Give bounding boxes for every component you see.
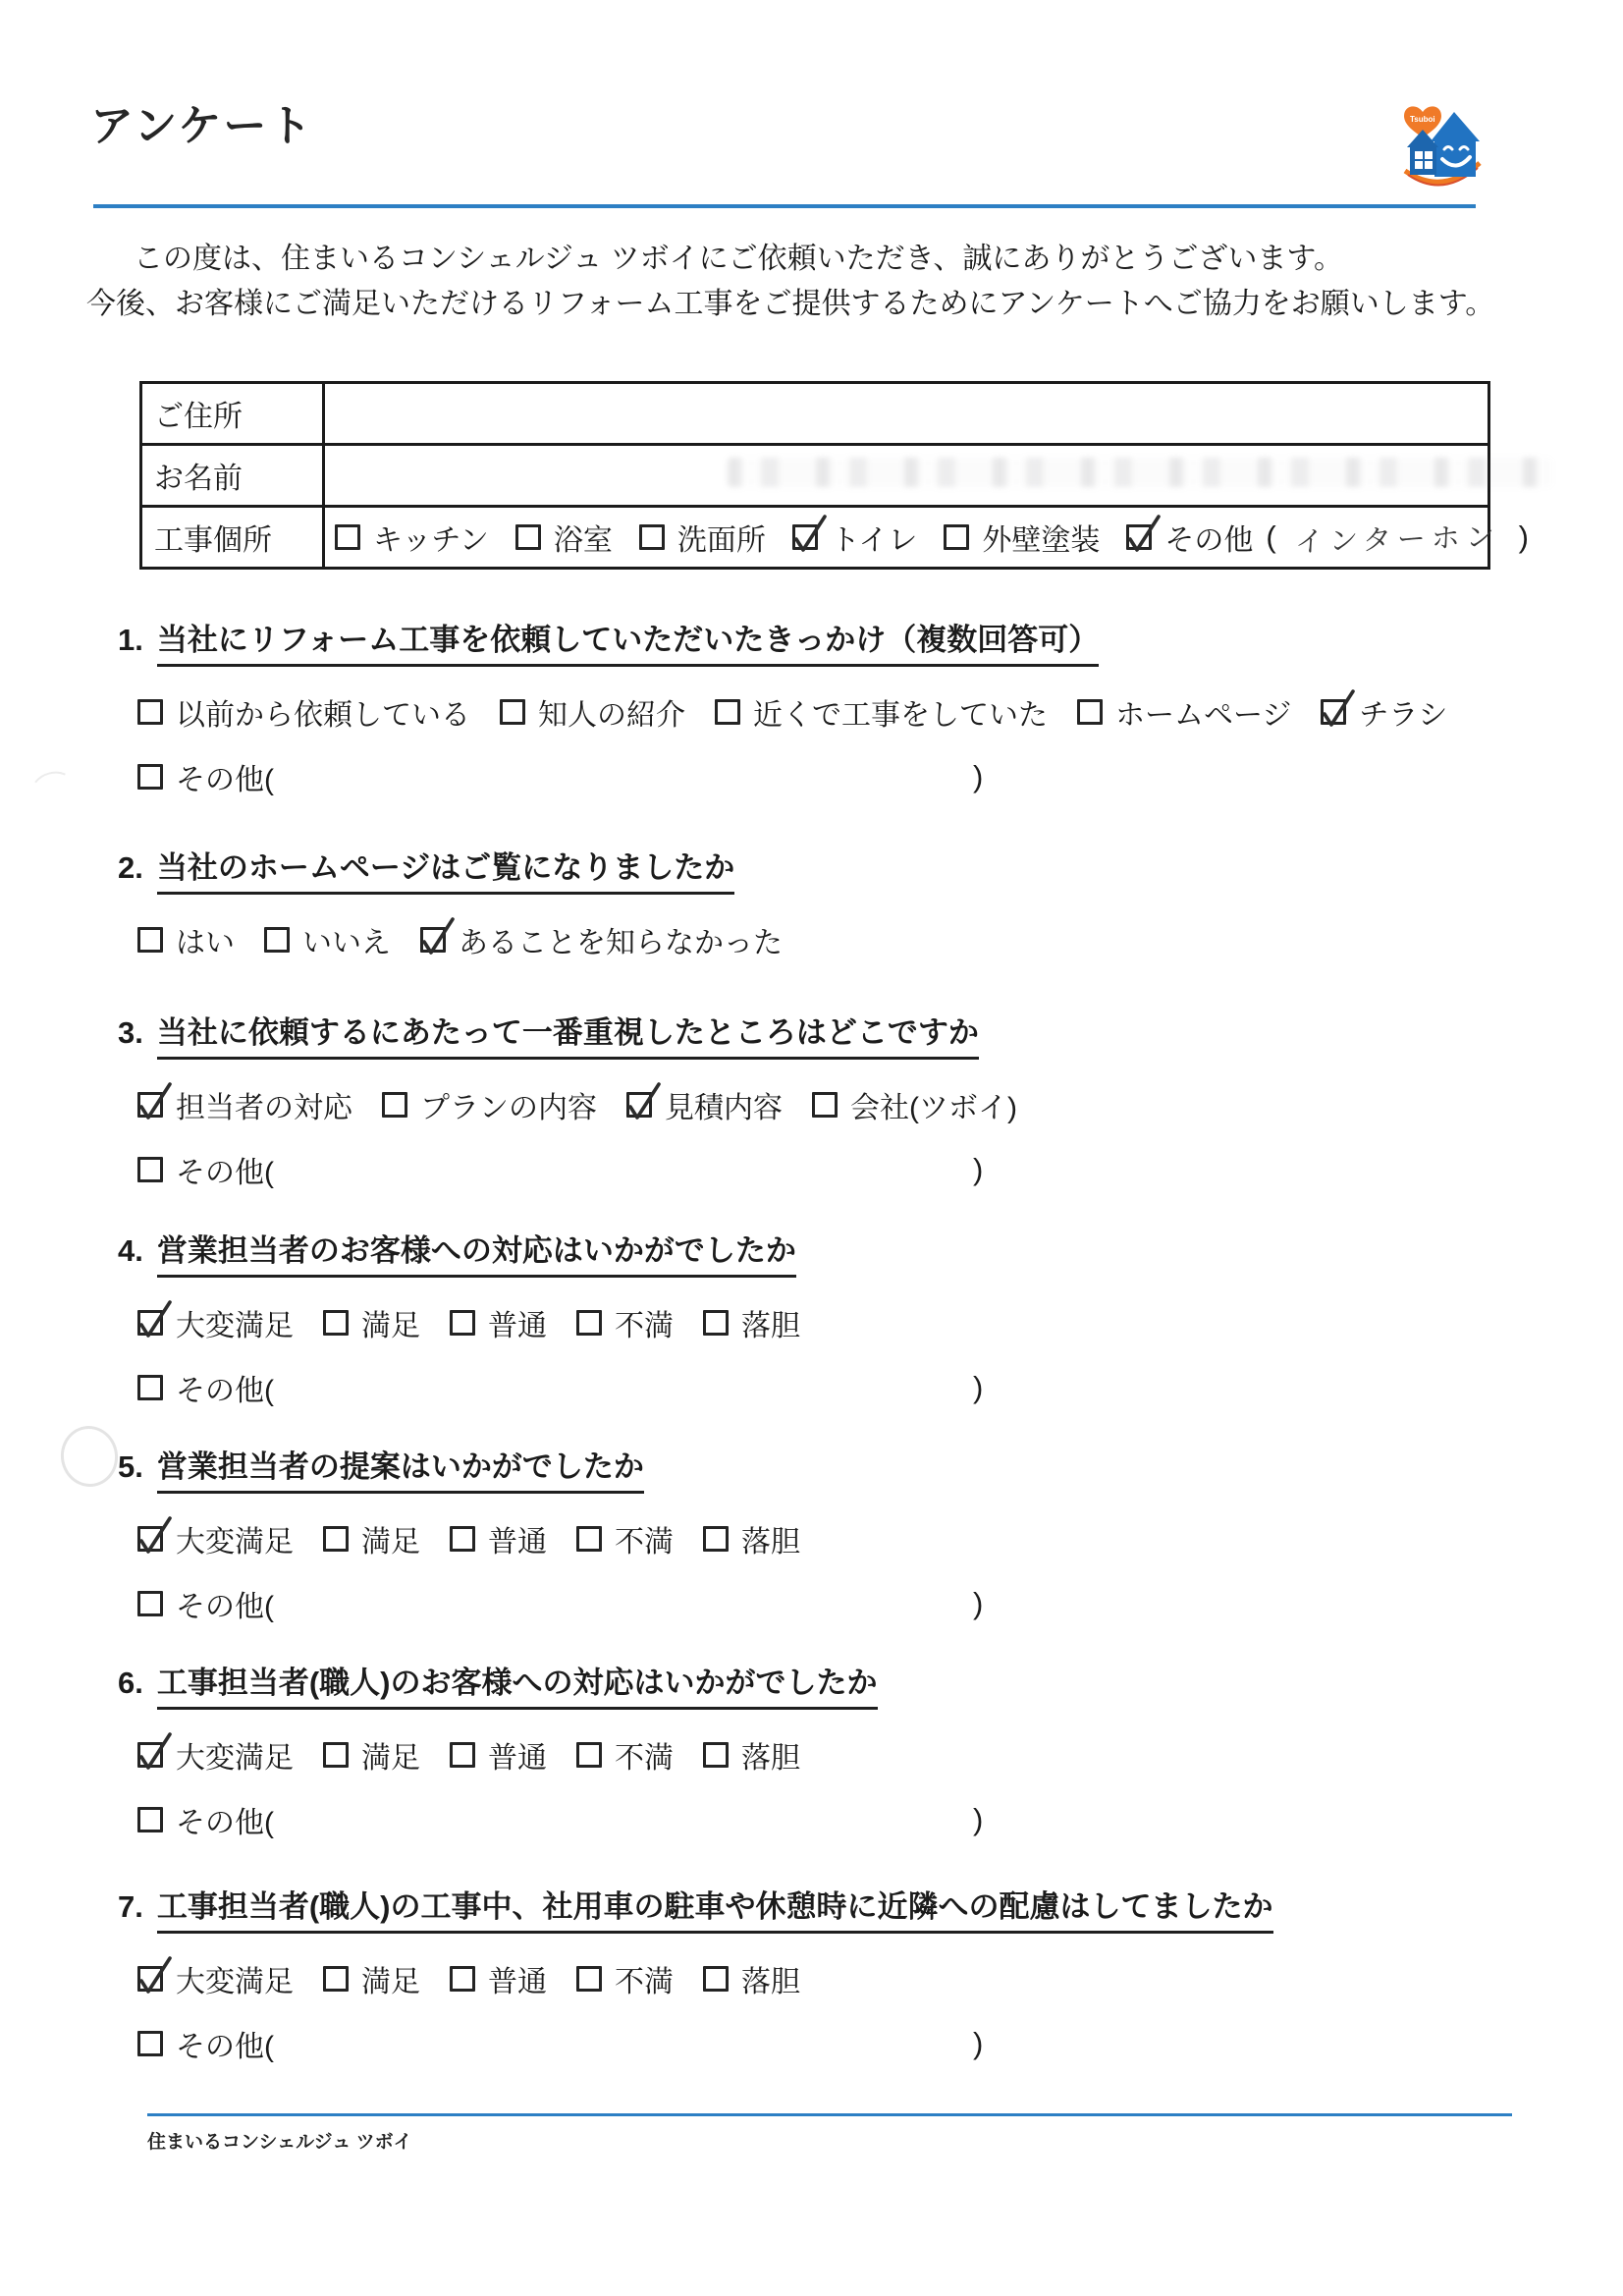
checkbox[interactable] <box>639 524 665 550</box>
question-number: 6. <box>118 1666 143 1701</box>
checkbox[interactable] <box>137 2031 163 2056</box>
work-option-label: 洗面所 <box>677 516 766 559</box>
company-logo smile-house-icon: Tsuboi <box>1401 98 1484 194</box>
other-option-row: その他() <box>137 1798 1532 1841</box>
svg-text:Tsuboi: Tsuboi <box>1410 115 1435 124</box>
intro-text-line1: この度は、住まいるコンシェルジュ ツボイにご依頼いただき、誠にありがとうございま… <box>134 234 1343 277</box>
question-block: 2.当社のホームページはご覧になりましたかはいいいえあることを知らなかった <box>118 843 1532 961</box>
answer-options-row: 大変満足満足普通不満落胆 <box>137 1301 1532 1344</box>
checkbox[interactable] <box>137 1157 163 1182</box>
footer-divider <box>147 2113 1512 2116</box>
checkbox[interactable] <box>515 524 541 550</box>
checkbox-checked[interactable] <box>137 1526 163 1552</box>
paren-close: ) <box>973 2026 983 2061</box>
check-mark-icon <box>136 1297 174 1342</box>
work-location-label: 工事個所 <box>141 507 324 569</box>
other-option-row: その他() <box>137 1366 1532 1409</box>
answer-options-row: 大変満足満足普通不満落胆 <box>137 1733 1532 1777</box>
question-number: 2. <box>118 850 143 886</box>
answer-options-row: 以前から依頼している知人の紹介近くで工事をしていたホームページチラシ <box>137 690 1532 734</box>
customer-info-table: ご住所 お名前 工事個所 キッチン浴室洗面所トイレ外壁塗装その他(インターホン) <box>139 381 1490 570</box>
work-option: 外壁塗装 <box>944 516 1100 559</box>
table-row-work-location: 工事個所 キッチン浴室洗面所トイレ外壁塗装その他(インターホン) <box>141 507 1489 569</box>
answer-option: 大変満足 <box>137 1957 294 2000</box>
check-mark-icon <box>1320 686 1357 732</box>
answer-option-label: 落胆 <box>741 1733 800 1777</box>
answer-option: はい <box>137 918 235 961</box>
answer-option-label: 満足 <box>361 1733 420 1777</box>
answer-option: 落胆 <box>703 1733 800 1777</box>
other-option-row: その他() <box>137 2022 1532 2065</box>
question-number: 7. <box>118 1889 143 1925</box>
paren-close: ) <box>973 1370 983 1405</box>
page-title: アンケート <box>90 90 313 153</box>
answer-option: プランの内容 <box>382 1083 597 1126</box>
question-heading: 5.営業担当者の提案はいかがでしたか <box>118 1442 1532 1494</box>
answer-option: 担当者の対応 <box>137 1083 352 1126</box>
other-write-in-space[interactable] <box>274 2027 973 2060</box>
checkbox[interactable] <box>137 927 163 953</box>
answer-option: 不満 <box>576 1957 674 2000</box>
checkbox[interactable] <box>450 1742 475 1768</box>
answer-option: 大変満足 <box>137 1517 294 1560</box>
answer-option: 満足 <box>323 1733 420 1777</box>
check-mark-icon <box>136 1513 174 1558</box>
checkbox-checked[interactable] <box>137 1742 163 1768</box>
answer-option-label: 普通 <box>488 1957 547 2000</box>
work-option-label: トイレ <box>831 516 918 559</box>
answer-option-label: 大変満足 <box>176 1957 294 2000</box>
work-option-label: キッチン <box>373 516 489 559</box>
check-mark-icon <box>136 1079 174 1124</box>
answer-option-label: 落胆 <box>741 1957 800 2000</box>
answer-options-row: 担当者の対応プランの内容見積内容会社(ツボイ) <box>137 1083 1532 1126</box>
work-option: 浴室 <box>515 516 613 559</box>
answer-option-label: 見積内容 <box>665 1083 783 1126</box>
checkbox[interactable] <box>576 1310 602 1336</box>
paren-close: ) <box>973 1586 983 1621</box>
answer-option: 落胆 <box>703 1517 800 1560</box>
answer-option-label: 近くで工事をしていた <box>753 690 1048 734</box>
answer-option-label: 普通 <box>488 1517 547 1560</box>
checkbox[interactable] <box>137 1591 163 1616</box>
answer-option-label: はい <box>176 918 235 961</box>
checkbox[interactable] <box>715 699 740 725</box>
checkbox[interactable] <box>264 927 290 953</box>
answer-options-row: はいいいえあることを知らなかった <box>137 918 1532 961</box>
question-title: 当社のホームページはご覧になりましたか <box>157 843 734 895</box>
question-title: 営業担当者のお客様への対応はいかがでしたか <box>157 1226 796 1278</box>
answer-option-label: 不満 <box>615 1957 674 2000</box>
work-option-label: 浴室 <box>554 516 613 559</box>
name-label: お名前 <box>141 445 324 507</box>
checkbox[interactable] <box>137 1807 163 1832</box>
checkbox[interactable] <box>450 1966 475 1992</box>
answer-option: チラシ <box>1321 690 1447 734</box>
work-option: 洗面所 <box>639 516 766 559</box>
question-heading: 3.当社に依頼するにあたって一番重視したところはどこですか <box>118 1008 1532 1060</box>
other-option-label: その他( <box>176 1798 274 1841</box>
other-write-in-space[interactable] <box>274 760 973 793</box>
answer-option: 普通 <box>450 1301 547 1344</box>
answer-option: 会社(ツボイ) <box>812 1083 1017 1126</box>
question-block: 7.工事担当者(職人)の工事中、社用車の駐車や休憩時に近隣への配慮はしてましたか… <box>118 1882 1532 2065</box>
other-write-in-space[interactable] <box>274 1371 973 1404</box>
answer-option: ホームページ <box>1077 690 1291 734</box>
answer-option-label: 落胆 <box>741 1517 800 1560</box>
checkbox[interactable] <box>137 699 163 725</box>
check-mark-icon <box>136 1729 174 1775</box>
answer-option-label: 大変満足 <box>176 1733 294 1777</box>
other-option-row: その他() <box>137 1582 1532 1625</box>
answer-option-label: 落胆 <box>741 1301 800 1344</box>
answer-option-label: 不満 <box>615 1301 674 1344</box>
checkbox[interactable] <box>576 1742 602 1768</box>
checkbox[interactable] <box>576 1966 602 1992</box>
question-block: 1.当社にリフォーム工事を依頼していただいたきっかけ（複数回答可）以前から依頼し… <box>118 615 1532 798</box>
checkbox-checked[interactable] <box>137 1966 163 1992</box>
work-option: キッチン <box>335 516 489 559</box>
question-heading: 1.当社にリフォーム工事を依頼していただいたきっかけ（複数回答可） <box>118 615 1532 667</box>
checkbox[interactable] <box>500 699 525 725</box>
answer-option-label: いいえ <box>302 918 391 961</box>
table-row-name: お名前 <box>141 445 1489 507</box>
check-mark-icon <box>791 512 829 557</box>
question-title: 営業担当者の提案はいかがでしたか <box>157 1442 644 1494</box>
checkbox[interactable] <box>812 1092 838 1118</box>
answer-option-label: 不満 <box>615 1733 674 1777</box>
checkbox-checked[interactable] <box>1321 699 1346 725</box>
work-option-label: その他 <box>1164 516 1253 559</box>
question-block: 6.工事担当者(職人)のお客様への対応はいかがでしたか大変満足満足普通不満落胆そ… <box>118 1658 1532 1841</box>
header-divider <box>93 204 1476 208</box>
checkbox-checked[interactable] <box>137 1310 163 1336</box>
scan-artifact <box>56 1421 123 1491</box>
answer-options-row: 大変満足満足普通不満落胆 <box>137 1957 1532 2000</box>
checkbox[interactable] <box>323 1526 349 1552</box>
question-block: 4.営業担当者のお客様への対応はいかがでしたか大変満足満足普通不満落胆その他() <box>118 1226 1532 1409</box>
other-option-row: その他() <box>137 1148 1532 1191</box>
answer-option: 満足 <box>323 1301 420 1344</box>
checkbox[interactable] <box>137 764 163 790</box>
answer-options-row: 大変満足満足普通不満落胆 <box>137 1517 1532 1560</box>
question-number: 4. <box>118 1233 143 1269</box>
work-location-options: キッチン浴室洗面所トイレ外壁塗装その他(インターホン) <box>335 516 1478 559</box>
answer-option-label: あることを知らなかった <box>459 918 783 961</box>
checkbox-checked[interactable] <box>1126 524 1152 550</box>
question-heading: 2.当社のホームページはご覧になりましたか <box>118 843 1532 895</box>
checkbox[interactable] <box>576 1526 602 1552</box>
answer-option-label: 不満 <box>615 1517 674 1560</box>
question-number: 5. <box>118 1449 143 1485</box>
answer-option-label: 満足 <box>361 1301 420 1344</box>
answer-option: 以前から依頼している <box>137 690 470 734</box>
answer-option: 落胆 <box>703 1957 800 2000</box>
checkbox[interactable] <box>335 524 360 550</box>
checkbox[interactable] <box>703 1742 729 1768</box>
answer-option: いいえ <box>264 918 391 961</box>
answer-option: 落胆 <box>703 1301 800 1344</box>
other-write-in-space[interactable] <box>274 1803 973 1836</box>
question-title: 当社に依頼するにあたって一番重視したところはどこですか <box>157 1008 979 1060</box>
checkbox[interactable] <box>323 1742 349 1768</box>
paren-close: ) <box>973 1802 983 1837</box>
answer-option-label: 満足 <box>361 1957 420 2000</box>
answer-option: 知人の紹介 <box>500 690 685 734</box>
checkbox[interactable] <box>1077 699 1103 725</box>
question-block: 3.当社に依頼するにあたって一番重視したところはどこですか担当者の対応プランの内… <box>118 1008 1532 1191</box>
question-title: 工事担当者(職人)の工事中、社用車の駐車や休憩時に近隣への配慮はしてましたか <box>157 1882 1273 1934</box>
answer-option: 不満 <box>576 1733 674 1777</box>
other-option-label: その他( <box>176 1148 274 1191</box>
work-option: その他(インターホン) <box>1126 516 1529 559</box>
answer-option-label: チラシ <box>1359 690 1447 734</box>
checkbox[interactable] <box>703 1310 729 1336</box>
checkbox[interactable] <box>382 1092 407 1118</box>
name-value-cell[interactable] <box>324 445 1489 507</box>
answer-option: 大変満足 <box>137 1733 294 1777</box>
checkbox[interactable] <box>323 1966 349 1992</box>
paren-close: ) <box>973 1152 983 1187</box>
check-mark-icon <box>136 1953 174 1998</box>
answer-option: 見積内容 <box>626 1083 783 1126</box>
answer-option-label: 大変満足 <box>176 1301 294 1344</box>
answer-option: 不満 <box>576 1517 674 1560</box>
checkbox-checked[interactable] <box>137 1092 163 1118</box>
other-write-in-space[interactable] <box>274 1153 973 1186</box>
question-number: 3. <box>118 1015 143 1051</box>
other-handwritten-value: インターホン <box>1288 515 1507 561</box>
answer-option: 大変満足 <box>137 1301 294 1344</box>
question-block: 5.営業担当者の提案はいかがでしたか大変満足満足普通不満落胆その他() <box>118 1442 1532 1625</box>
question-number: 1. <box>118 623 143 658</box>
question-heading: 4.営業担当者のお客様への対応はいかがでしたか <box>118 1226 1532 1278</box>
check-mark-icon <box>419 914 457 959</box>
work-option: トイレ <box>792 516 918 559</box>
scan-artifact <box>27 767 78 810</box>
other-option-label: その他( <box>176 2022 274 2065</box>
erased-handwriting-smudge <box>728 458 1552 487</box>
survey-page: アンケート Tsuboi この度は、住まいるコンシェルジュ ツボイにご依頼いただ… <box>0 0 1623 2296</box>
answer-option: 満足 <box>323 1517 420 1560</box>
answer-option: 不満 <box>576 1301 674 1344</box>
intro-text-line2: 今後、お客様にご満足いただけるリフォーム工事をご提供するためにアンケートへご協力… <box>86 279 1494 322</box>
paren-open: ( <box>1266 519 1275 555</box>
answer-option-label: 普通 <box>488 1733 547 1777</box>
answer-option-label: プランの内容 <box>420 1083 597 1126</box>
table-row-address: ご住所 <box>141 383 1489 445</box>
checkbox-checked[interactable] <box>792 524 818 550</box>
checkbox[interactable] <box>137 1375 163 1400</box>
checkbox[interactable] <box>703 1966 729 1992</box>
question-title: 工事担当者(職人)のお客様への対応はいかがでしたか <box>157 1658 878 1710</box>
other-option-label: その他( <box>176 1366 274 1409</box>
check-mark-icon <box>625 1079 663 1124</box>
other-option-row: その他() <box>137 755 1532 798</box>
checkbox[interactable] <box>944 524 969 550</box>
checkbox-checked[interactable] <box>626 1092 652 1118</box>
address-value-cell[interactable] <box>324 383 1489 445</box>
checkbox[interactable] <box>323 1310 349 1336</box>
question-heading: 6.工事担当者(職人)のお客様への対応はいかがでしたか <box>118 1658 1532 1710</box>
paren-close: ) <box>1519 519 1529 555</box>
answer-option: 普通 <box>450 1517 547 1560</box>
footer-company-name: 住まいるコンシェルジュ ツボイ <box>147 2127 412 2154</box>
answer-option-label: 普通 <box>488 1301 547 1344</box>
answer-option-label: 大変満足 <box>176 1517 294 1560</box>
address-label: ご住所 <box>141 383 324 445</box>
answer-option-label: 会社(ツボイ) <box>850 1083 1017 1126</box>
question-heading: 7.工事担当者(職人)の工事中、社用車の駐車や休憩時に近隣への配慮はしてましたか <box>118 1882 1532 1934</box>
answer-option: 満足 <box>323 1957 420 2000</box>
other-write-in-space[interactable] <box>274 1587 973 1620</box>
answer-option: あることを知らなかった <box>420 918 783 961</box>
answer-option: 近くで工事をしていた <box>715 690 1048 734</box>
check-mark-icon <box>1125 512 1163 557</box>
answer-option-label: 満足 <box>361 1517 420 1560</box>
checkbox[interactable] <box>703 1526 729 1552</box>
other-option-label: その他( <box>176 1582 274 1625</box>
answer-option-label: 以前から依頼している <box>176 690 470 734</box>
other-option-label: その他( <box>176 755 274 798</box>
paren-close: ) <box>973 759 983 794</box>
checkbox[interactable] <box>450 1526 475 1552</box>
question-title: 当社にリフォーム工事を依頼していただいたきっかけ（複数回答可） <box>157 615 1099 667</box>
answer-option-label: ホームページ <box>1115 690 1291 734</box>
checkbox[interactable] <box>450 1310 475 1336</box>
answer-option-label: 知人の紹介 <box>538 690 685 734</box>
answer-option: 普通 <box>450 1957 547 2000</box>
work-option-label: 外壁塗装 <box>982 516 1100 559</box>
checkbox-checked[interactable] <box>420 927 446 953</box>
answer-option-label: 担当者の対応 <box>176 1083 352 1126</box>
answer-option: 普通 <box>450 1733 547 1777</box>
